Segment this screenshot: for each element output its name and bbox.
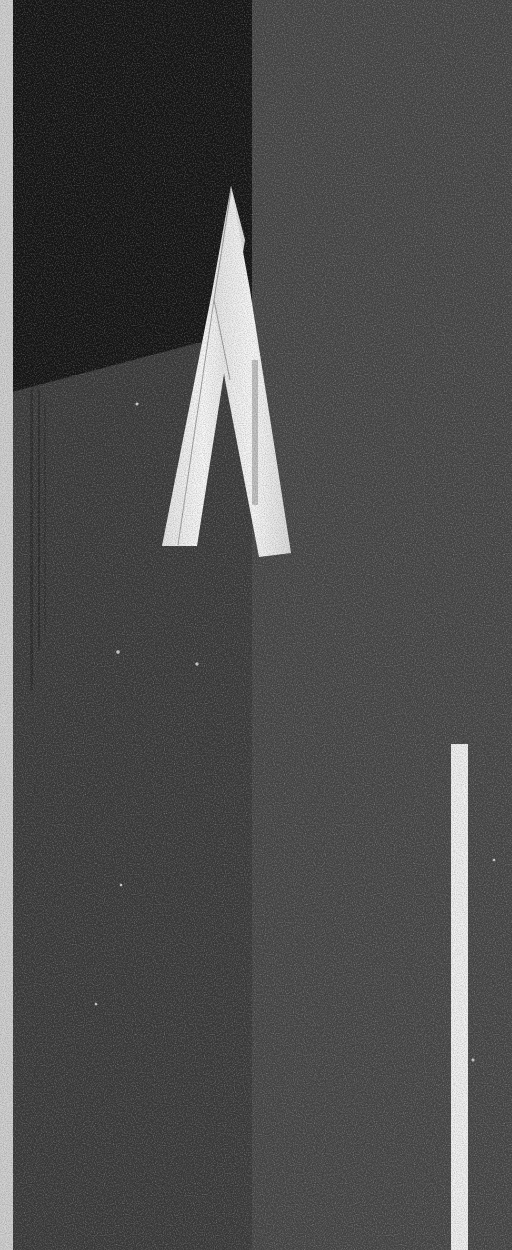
streak [44, 400, 46, 630]
right-lane-line [451, 744, 468, 1250]
left-edge-line [0, 0, 13, 1250]
streak [30, 390, 33, 690]
road-surface-image [0, 0, 512, 1250]
streak [38, 390, 40, 650]
scan-artifact [252, 360, 258, 505]
asphalt-right [252, 0, 512, 1250]
